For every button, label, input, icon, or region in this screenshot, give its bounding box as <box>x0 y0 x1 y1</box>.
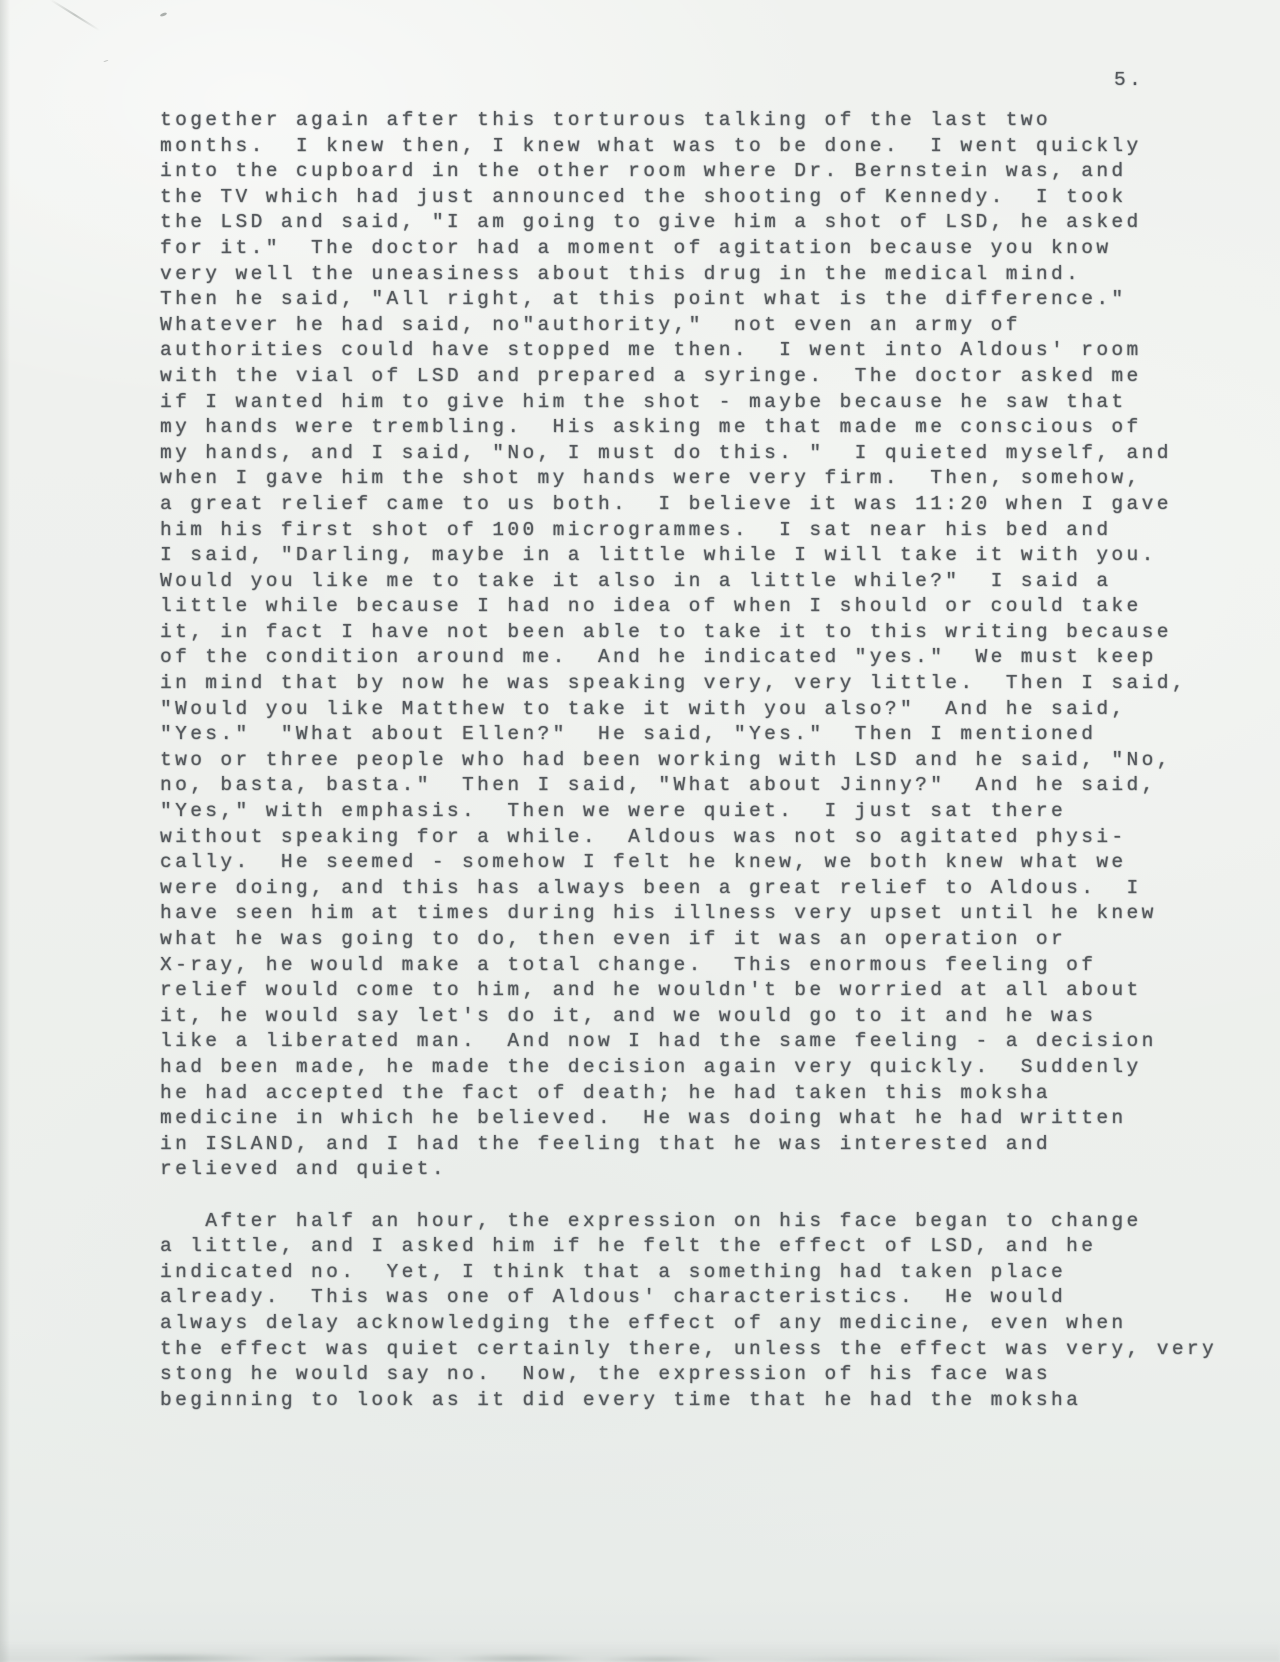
text-line: have seen him at times during his illnes… <box>160 901 1217 927</box>
paragraph-1: together again after this torturous talk… <box>160 108 1217 1183</box>
text-line: for it." The doctor had a moment of agit… <box>160 236 1217 262</box>
text-line: the effect was quiet certainly there, un… <box>160 1337 1217 1363</box>
text-line: cally. He seemed - somehow I felt he kne… <box>160 850 1217 876</box>
text-line: no, basta, basta." Then I said, "What ab… <box>160 773 1217 799</box>
text-line: in mind that by now he was speaking very… <box>160 671 1217 697</box>
text-line: if I wanted him to give him the shot - m… <box>160 390 1217 416</box>
text-line: already. This was one of Aldous' charact… <box>160 1285 1217 1311</box>
text-line: in ISLAND, and I had the feeling that he… <box>160 1132 1217 1158</box>
text-line: had been made, he made the decision agai… <box>160 1055 1217 1081</box>
text-line: it, in fact I have not been able to take… <box>160 620 1217 646</box>
paper-speck <box>160 12 168 17</box>
text-line: I said, "Darling, maybe in a little whil… <box>160 543 1217 569</box>
text-line: very well the uneasiness about this drug… <box>160 262 1217 288</box>
text-line: X-ray, he would make a total change. Thi… <box>160 953 1217 979</box>
text-line: he had accepted the fact of death; he ha… <box>160 1081 1217 1107</box>
text-line: "Yes," with emphasis. Then we were quiet… <box>160 799 1217 825</box>
text-line: when I gave him the shot my hands were v… <box>160 466 1217 492</box>
text-line: my hands, and I said, "No, I must do thi… <box>160 441 1217 467</box>
text-line: into the cupboard in the other room wher… <box>160 159 1217 185</box>
text-line: him his first shot of 100 microgrammes. … <box>160 518 1217 544</box>
document-page: 5. together again after this torturous t… <box>0 0 1280 1662</box>
text-line: Would you like me to take it also in a l… <box>160 569 1217 595</box>
text-line: After half an hour, the expression on hi… <box>160 1209 1217 1235</box>
text-line: beginning to look as it did every time t… <box>160 1388 1217 1414</box>
text-line: Then he said, "All right, at this point … <box>160 287 1217 313</box>
bottom-edge-smudge <box>0 1642 1280 1662</box>
text-line: relieved and quiet. <box>160 1157 1217 1183</box>
paragraph-2: After half an hour, the expression on hi… <box>160 1209 1217 1414</box>
text-line: medicine in which he believed. He was do… <box>160 1106 1217 1132</box>
text-line: little while because I had no idea of wh… <box>160 594 1217 620</box>
text-line: stong he would say no. Now, the expressi… <box>160 1362 1217 1388</box>
text-line: Whatever he had said, no"authority," not… <box>160 313 1217 339</box>
text-line: "Yes." "What about Ellen?" He said, "Yes… <box>160 722 1217 748</box>
text-line: always delay acknowledging the effect of… <box>160 1311 1217 1337</box>
text-line: a little, and I asked him if he felt the… <box>160 1234 1217 1260</box>
text-line: what he was going to do, then even if it… <box>160 927 1217 953</box>
text-line: were doing, and this has always been a g… <box>160 876 1217 902</box>
text-line: "Would you like Matthew to take it with … <box>160 697 1217 723</box>
text-line: it, he would say let's do it, and we wou… <box>160 1004 1217 1030</box>
text-line: two or three people who had been working… <box>160 748 1217 774</box>
text-line: of the condition around me. And he indic… <box>160 645 1217 671</box>
text-line: authorities could have stopped me then. … <box>160 338 1217 364</box>
paper-crease <box>50 0 100 31</box>
text-line: together again after this torturous talk… <box>160 108 1217 134</box>
text-line: the LSD and said, "I am going to give hi… <box>160 210 1217 236</box>
paper-edge-shadow <box>0 0 10 1662</box>
text-line: without speaking for a while. Aldous was… <box>160 825 1217 851</box>
text-line: the TV which had just announced the shoo… <box>160 185 1217 211</box>
text-line: months. I knew then, I knew what was to … <box>160 134 1217 160</box>
typewritten-text: together again after this torturous talk… <box>160 108 1217 1413</box>
text-line: with the vial of LSD and prepared a syri… <box>160 364 1217 390</box>
text-line: indicated no. Yet, I think that a someth… <box>160 1260 1217 1286</box>
page-number: 5. <box>1114 68 1144 94</box>
text-line: like a liberated man. And now I had the … <box>160 1029 1217 1055</box>
text-line: a great relief came to us both. I believ… <box>160 492 1217 518</box>
text-line: relief would come to him, and he wouldn'… <box>160 978 1217 1004</box>
text-line: my hands were trembling. His asking me t… <box>160 415 1217 441</box>
